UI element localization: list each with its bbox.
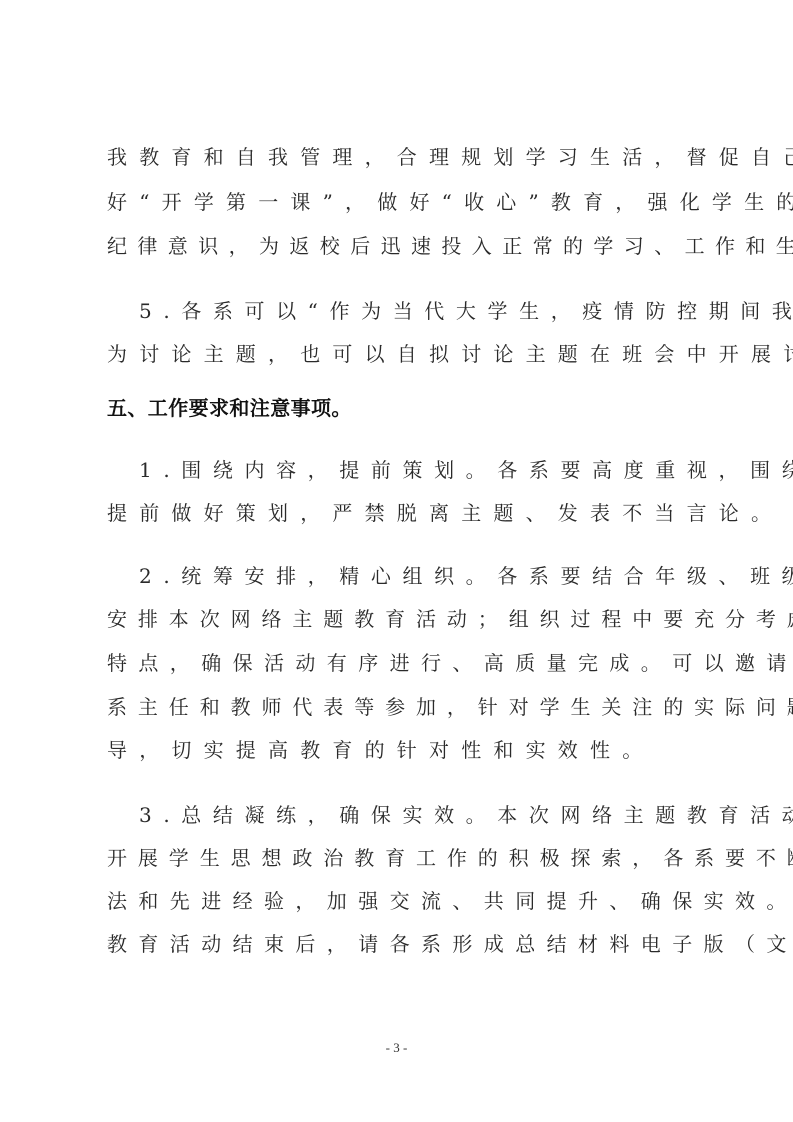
section-heading: 五、工作要求和注意事项。 xyxy=(107,396,352,420)
requirement-3-line: 开展学生思想政治教育工作的积极探索，各系要不断总结特色做 xyxy=(107,846,793,870)
body-text-line: 我教育和自我管理，合理规划学习生活，督促自己不断提升，上 xyxy=(107,145,793,169)
requirement-2-line: 系主任和教师代表等参加，针对学生关注的实际问题进行教育引 xyxy=(107,695,793,719)
item-5-line: 为讨论主题，也可以自拟讨论主题在班会中开展讨论。 xyxy=(107,342,793,366)
body-text-line: 纪律意识，为返校后迅速投入正常的学习、工作和生活做好准备。 xyxy=(107,234,793,258)
requirement-2-line: 安排本次网络主题教育活动；组织过程中要充分考虑网络空间的 xyxy=(107,607,793,631)
requirement-3-line: 法和先进经验，加强交流、共同提升、确保实效。本次网络主题 xyxy=(107,889,793,913)
requirement-1-line: 提前做好策划，严禁脱离主题、发表不当言论。 xyxy=(107,501,783,525)
page-number: - 3 - xyxy=(0,1040,793,1056)
requirement-2-line: 特点，确保活动有序进行、高质量完成。可以邀请系总支书记、 xyxy=(107,651,793,675)
item-5-line: 5.各系可以“作为当代大学生，疫情防控期间我应怎么做” xyxy=(139,299,793,323)
requirement-2-line: 导，切实提高教育的针对性和实效性。 xyxy=(107,738,654,762)
body-text-line: 好“开学第一课”，做好“收心”教育，强化学生的学习意识和 xyxy=(107,190,793,214)
requirement-3-line: 教育活动结束后，请各系形成总结材料电子版（文字总结、教育 xyxy=(107,932,793,956)
requirement-1-line: 1.围绕内容，提前策划。各系要高度重视，围绕活动内容， xyxy=(139,458,793,482)
document-page: 我教育和自我管理，合理规划学习生活，督促自己不断提升，上 好“开学第一课”，做好… xyxy=(0,0,793,1122)
requirement-2-line: 2.统筹安排，精心组织。各系要结合年级、班级实际，统筹 xyxy=(139,564,793,588)
requirement-3-line: 3.总结凝练，确保实效。本次网络主题教育活动是特殊时期 xyxy=(139,803,793,827)
